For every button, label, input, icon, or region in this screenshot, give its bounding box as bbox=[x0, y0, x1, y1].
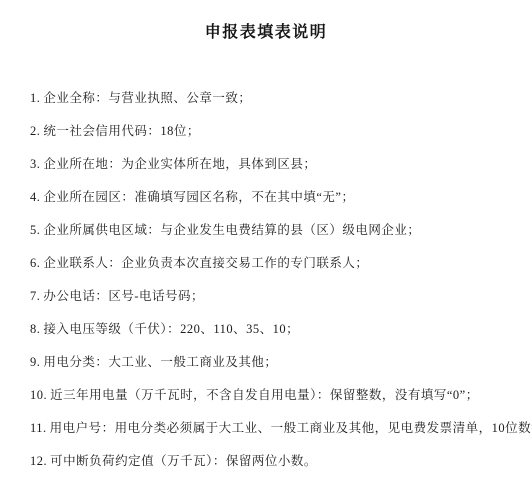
item-number: 11. bbox=[30, 421, 47, 435]
item-number: 1. bbox=[30, 91, 40, 105]
instruction-list: 1.企业全称：与营业执照、公章一致； 2.统一社会信用代码：18位； 3.企业所… bbox=[0, 88, 532, 471]
instruction-item-5: 5.企业所属供电区域：与企业发生电费结算的县（区）级电网企业； bbox=[30, 220, 528, 240]
item-text: 用电分类：大工业、一般工商业及其他； bbox=[43, 355, 277, 369]
item-text: 企业全称：与营业执照、公章一致； bbox=[43, 91, 251, 105]
item-number: 9. bbox=[30, 355, 40, 369]
item-text: 用电户号：用电分类必须属于大工业、一般工商业及其他，见电费发票清单，10位数字； bbox=[50, 421, 532, 435]
item-number: 3. bbox=[30, 157, 40, 171]
item-text: 企业联系人：企业负责本次直接交易工作的专门联系人； bbox=[43, 256, 368, 270]
item-number: 7. bbox=[30, 289, 40, 303]
item-text: 统一社会信用代码：18位； bbox=[43, 124, 200, 138]
instruction-item-7: 7.办公电话：区号-电话号码； bbox=[30, 286, 528, 306]
instruction-item-2: 2.统一社会信用代码：18位； bbox=[30, 121, 528, 141]
instruction-item-4: 4.企业所在园区：准确填写园区名称，不在其中填“无”； bbox=[30, 187, 528, 207]
item-number: 2. bbox=[30, 124, 40, 138]
item-text: 近三年用电量（万千瓦时，不含自发自用电量）：保留整数，没有填写“0”； bbox=[50, 388, 479, 402]
item-text: 接入电压等级（千伏）：220、110、35、10； bbox=[43, 322, 299, 336]
item-text: 可中断负荷约定值（万千瓦）：保留两位小数。 bbox=[50, 454, 317, 468]
instruction-item-8: 8.接入电压等级（千伏）：220、110、35、10； bbox=[30, 319, 528, 339]
instruction-item-12: 12.可中断负荷约定值（万千瓦）：保留两位小数。 bbox=[30, 451, 528, 471]
item-text: 企业所在地：为企业实体所在地，具体到区县； bbox=[43, 157, 316, 171]
item-number: 12. bbox=[30, 454, 47, 468]
item-text: 企业所在园区：准确填写园区名称，不在其中填“无”； bbox=[43, 190, 354, 204]
document-title: 申报表填表说明 bbox=[0, 0, 532, 42]
item-number: 8. bbox=[30, 322, 40, 336]
instruction-item-9: 9.用电分类：大工业、一般工商业及其他； bbox=[30, 352, 528, 372]
item-number: 10. bbox=[30, 388, 47, 402]
item-text: 办公电话：区号-电话号码； bbox=[43, 289, 204, 303]
instruction-item-6: 6.企业联系人：企业负责本次直接交易工作的专门联系人； bbox=[30, 253, 528, 273]
instruction-item-11: 11.用电户号：用电分类必须属于大工业、一般工商业及其他，见电费发票清单，10位… bbox=[30, 418, 528, 438]
item-number: 6. bbox=[30, 256, 40, 270]
item-text: 企业所属供电区域：与企业发生电费结算的县（区）级电网企业； bbox=[43, 223, 420, 237]
instruction-item-3: 3.企业所在地：为企业实体所在地，具体到区县； bbox=[30, 154, 528, 174]
instruction-item-1: 1.企业全称：与营业执照、公章一致； bbox=[30, 88, 528, 108]
item-number: 4. bbox=[30, 190, 40, 204]
instruction-item-10: 10.近三年用电量（万千瓦时，不含自发自用电量）：保留整数，没有填写“0”； bbox=[30, 385, 528, 405]
item-number: 5. bbox=[30, 223, 40, 237]
document-page: 申报表填表说明 1.企业全称：与营业执照、公章一致； 2.统一社会信用代码：18… bbox=[0, 0, 532, 491]
